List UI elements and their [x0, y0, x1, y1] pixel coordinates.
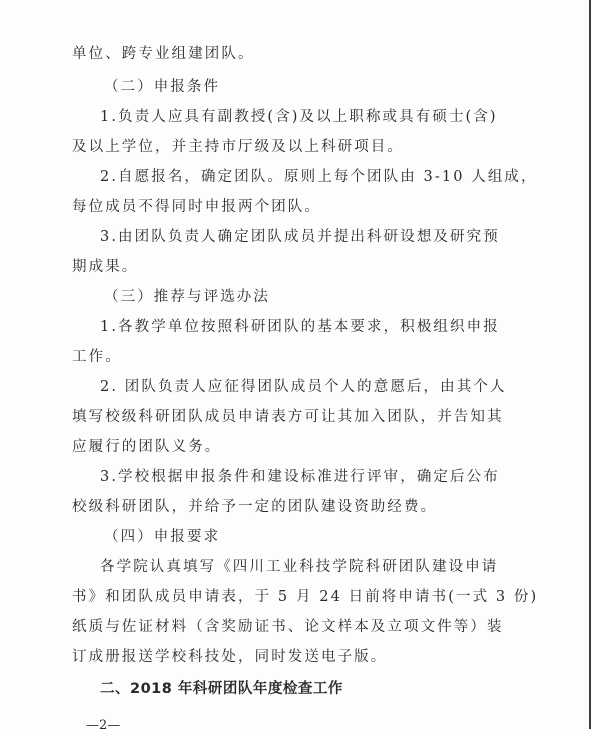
paragraph-line: 1.负责人应具有副教授(含)及以上职称或具有硕士(含): [100, 108, 498, 126]
subsection-heading: （三）推荐与评选办法: [104, 288, 270, 306]
paragraph-line: 3.由团队负责人确定团队成员并提出科研设想及研究预: [100, 228, 500, 246]
paragraph-line: 填写校级科研团队成员申请表方可让其加入团队，并告知其: [72, 408, 504, 426]
paragraph-line: 工作。: [72, 348, 122, 366]
paragraph-line: 及以上学位，并主持市厅级及以上科研项目。: [72, 138, 404, 156]
subsection-heading: （四）申报要求: [104, 528, 220, 546]
paragraph-line: 纸质与佐证材料（含奖励证书、论文样本及立项文件等）装: [72, 618, 504, 636]
paragraph-line: 2.自愿报名，确定团队。原则上每个团队由 3-10 人组成，: [100, 168, 538, 186]
paragraph-line: 3.学校根据申报条件和建设标准进行评审，确定后公布: [100, 468, 500, 486]
paragraph-line: 单位、跨专业组建团队。: [72, 45, 255, 63]
paragraph-line: 2. 团队负责人应征得团队成员个人的意愿后，由其个人: [100, 378, 507, 396]
subsection-heading: （二）申报条件: [104, 78, 220, 96]
document-page: 单位、跨专业组建团队。（二）申报条件1.负责人应具有副教授(含)及以上职称或具有…: [0, 0, 589, 729]
paragraph-line: 订成册报送学校科技处，同时发送电子版。: [72, 648, 387, 666]
paragraph-line: 期成果。: [72, 258, 138, 276]
paragraph-line: 各学院认真填写《四川工业科技学院科研团队建设申请: [100, 558, 498, 576]
paragraph-line: 书》和团队成员申请表，于 5 月 24 日前将申请书(一式 3 份): [72, 588, 538, 606]
paragraph-line: 每位成员不得同时申报两个团队。: [72, 198, 321, 216]
paragraph-line: 校级科研团队，并给予一定的团队建设资助经费。: [72, 498, 437, 516]
page-number: —2—: [86, 718, 120, 729]
paragraph-line: 应履行的团队义务。: [72, 438, 221, 456]
paragraph-line: 1.各教学单位按照科研团队的基本要求，积极组织申报: [100, 318, 500, 336]
section-heading: 二、2018 年科研团队年度检查工作: [100, 680, 343, 698]
